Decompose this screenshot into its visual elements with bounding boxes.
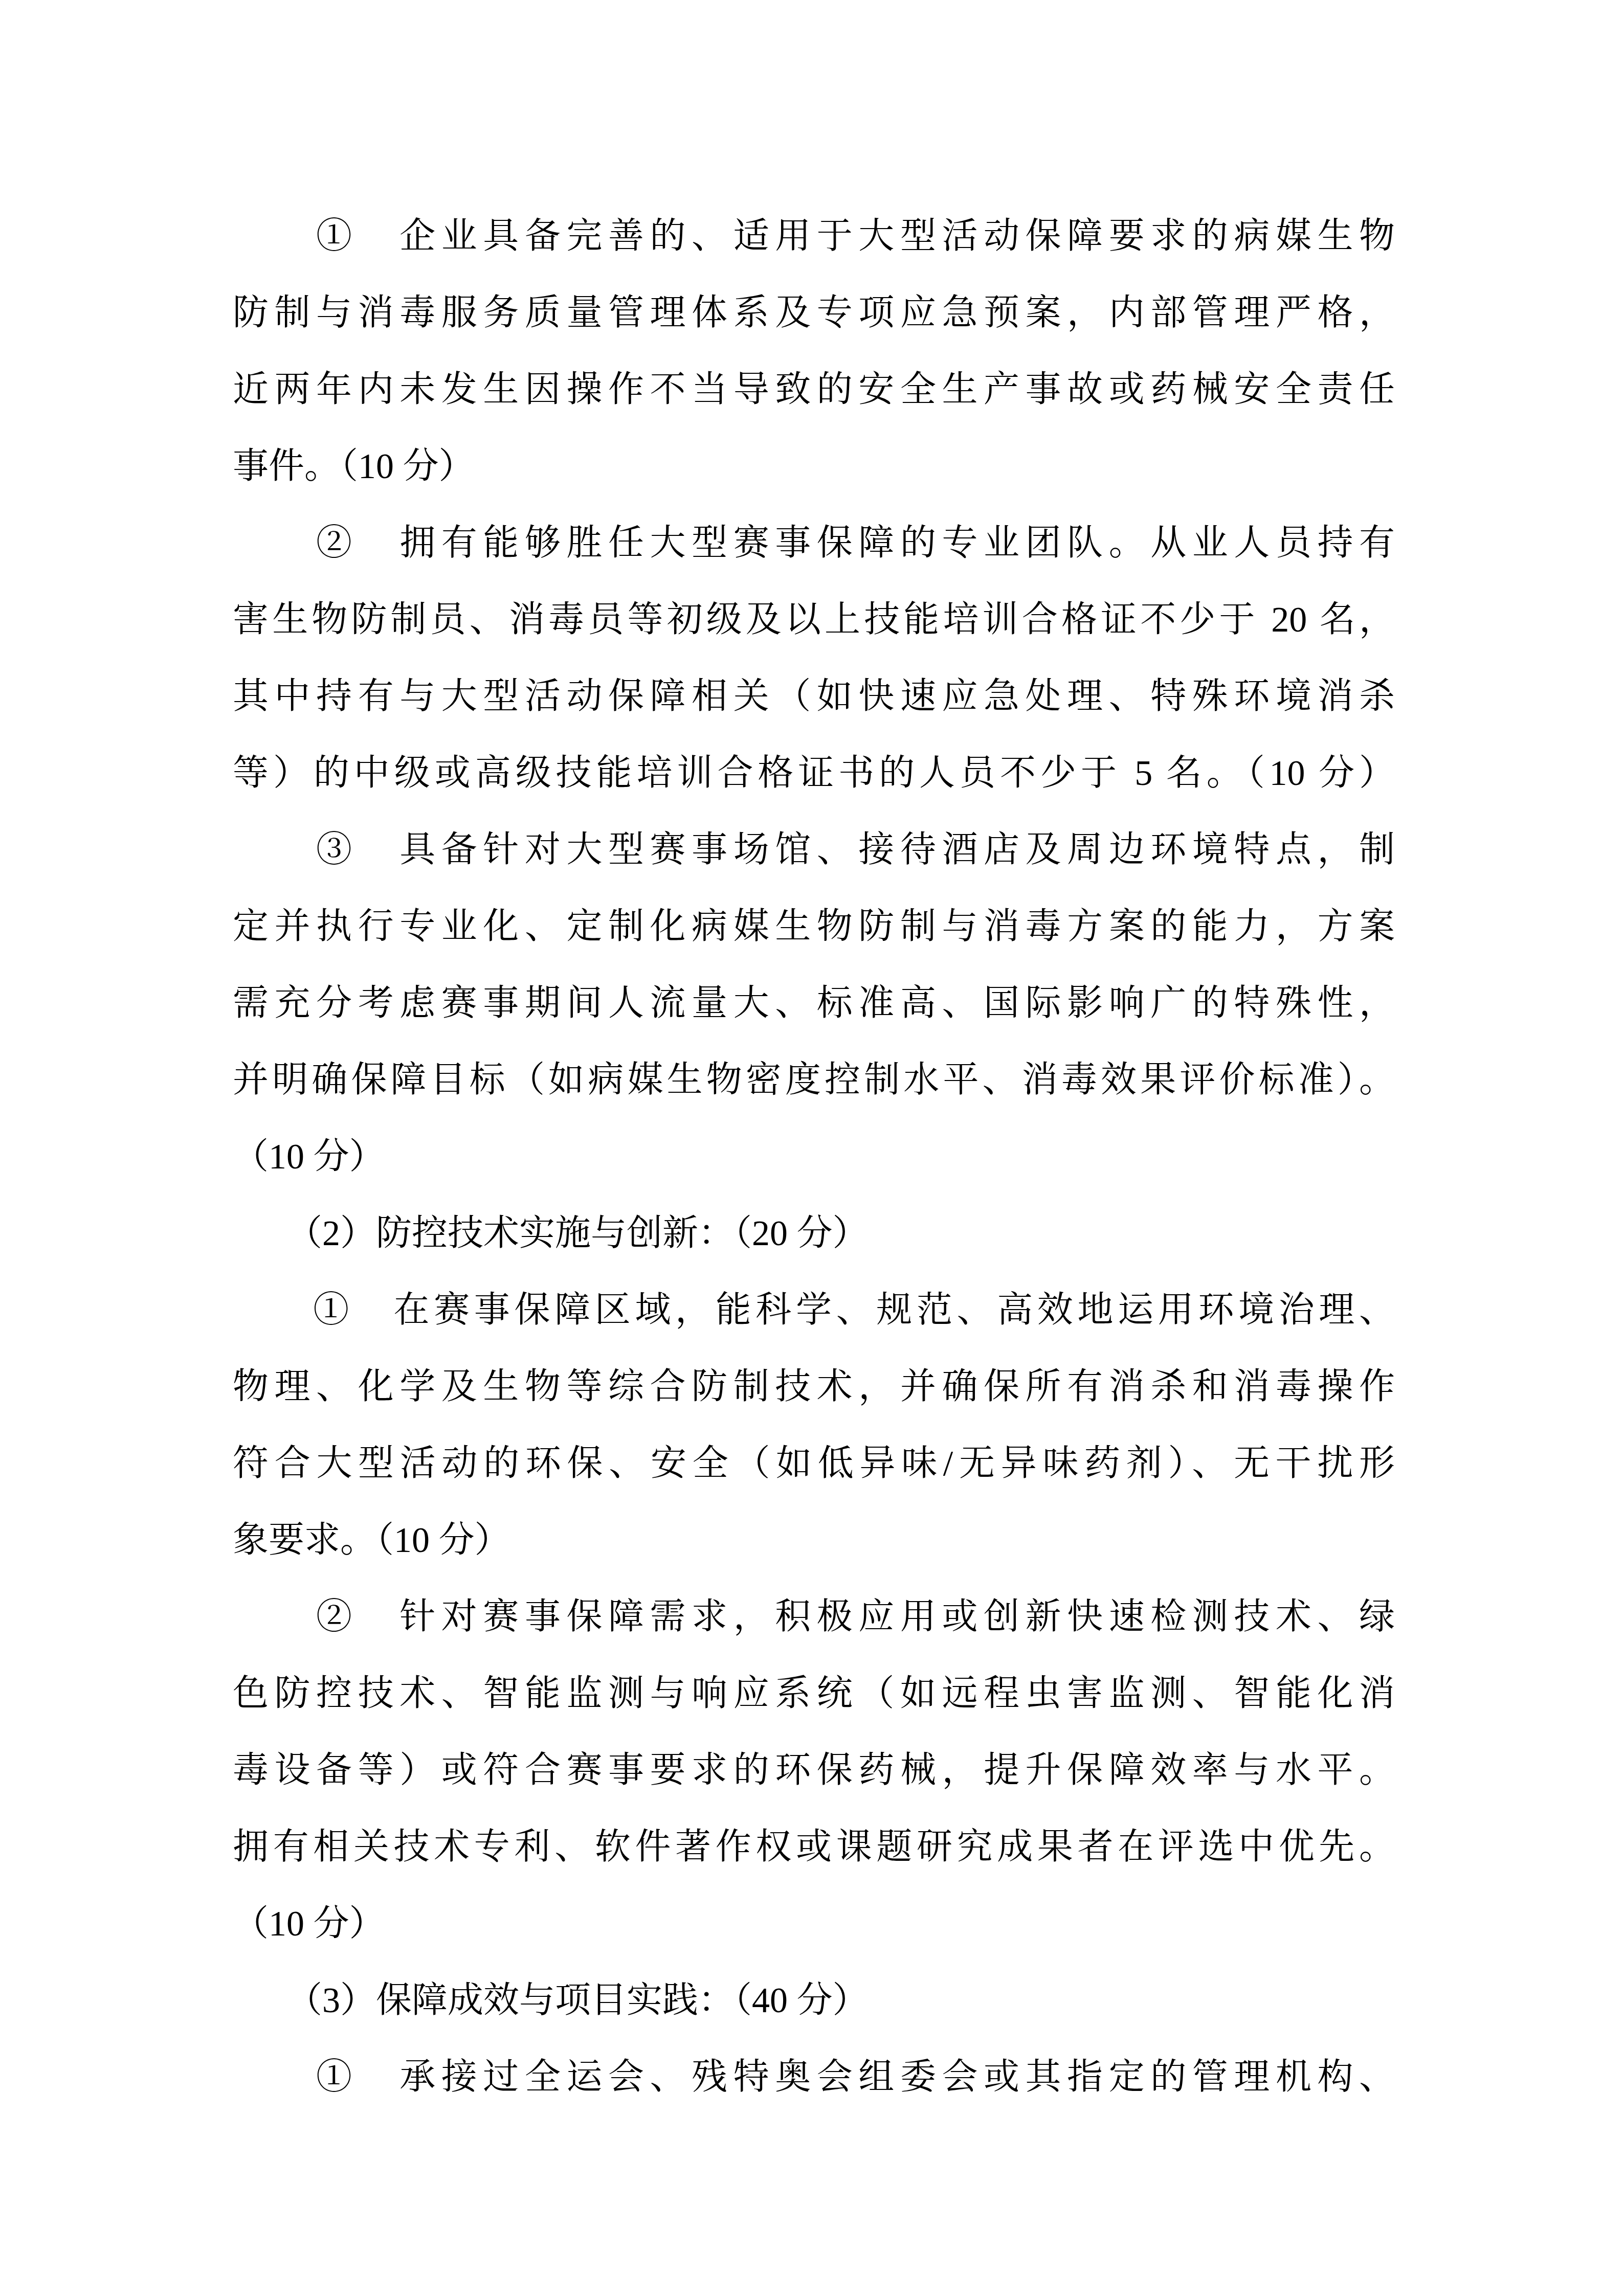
line-20: 色防控技术、智能监测与响应系统（如远程虫害监测、智能化消 — [233, 1656, 1395, 1732]
line-2: 防制与消毒服务质量管理体系及专项应急预案，内部管理严格， — [233, 275, 1395, 352]
line-15: ① 在赛事保障区域，能科学、规范、高效地运用环境治理、 — [233, 1272, 1395, 1349]
line-24: （3）保障成效与项目实践：（40 分） — [233, 1963, 1395, 2039]
line-21: 毒设备等）或符合赛事要求的环保药械，提升保障效率与水平。 — [233, 1732, 1395, 1809]
document-page: ① 企业具备完善的、适用于大型活动保障要求的病媒生物 防制与消毒服务质量管理体系… — [0, 0, 1624, 2296]
line-18: 象要求。（10 分） — [233, 1502, 1395, 1579]
line-19: ② 针对赛事保障需求，积极应用或创新快速检测技术、绿 — [233, 1579, 1395, 1656]
line-13: （10 分） — [233, 1119, 1395, 1196]
line-1: ① 企业具备完善的、适用于大型活动保障要求的病媒生物 — [233, 198, 1395, 275]
line-8: 等）的中级或高级技能培训合格证书的人员不少于 5 名。（10 分） — [233, 735, 1395, 812]
line-3: 近两年内未发生因操作不当导致的安全生产事故或药械安全责任 — [233, 352, 1395, 429]
line-11: 需充分考虑赛事期间人流量大、标准高、国际影响广的特殊性， — [233, 965, 1395, 1042]
line-6: 害生物防制员、消毒员等初级及以上技能培训合格证不少于 20 名， — [233, 582, 1395, 659]
line-23: （10 分） — [233, 1886, 1395, 1963]
line-7: 其中持有与大型活动保障相关（如快速应急处理、特殊环境消杀 — [233, 659, 1395, 735]
line-14: （2）防控技术实施与创新：（20 分） — [233, 1196, 1395, 1272]
line-17: 符合大型活动的环保、安全（如低异味/无异味药剂）、无干扰形 — [233, 1426, 1395, 1502]
line-16: 物理、化学及生物等综合防制技术，并确保所有消杀和消毒操作 — [233, 1349, 1395, 1426]
line-12: 并明确保障目标（如病媒生物密度控制水平、消毒效果评价标准）。 — [233, 1042, 1395, 1119]
line-4: 事件。（10 分） — [233, 429, 1395, 505]
document-body: ① 企业具备完善的、适用于大型活动保障要求的病媒生物 防制与消毒服务质量管理体系… — [233, 198, 1395, 2116]
line-9: ③ 具备针对大型赛事场馆、接待酒店及周边环境特点，制 — [233, 812, 1395, 889]
line-22: 拥有相关技术专利、软件著作权或课题研究成果者在评选中优先。 — [233, 1809, 1395, 1886]
line-5: ② 拥有能够胜任大型赛事保障的专业团队。从业人员持有 — [233, 505, 1395, 582]
line-25: ① 承接过全运会、残特奥会组委会或其指定的管理机构、 — [233, 2039, 1395, 2116]
line-10: 定并执行专业化、定制化病媒生物防制与消毒方案的能力，方案 — [233, 889, 1395, 965]
